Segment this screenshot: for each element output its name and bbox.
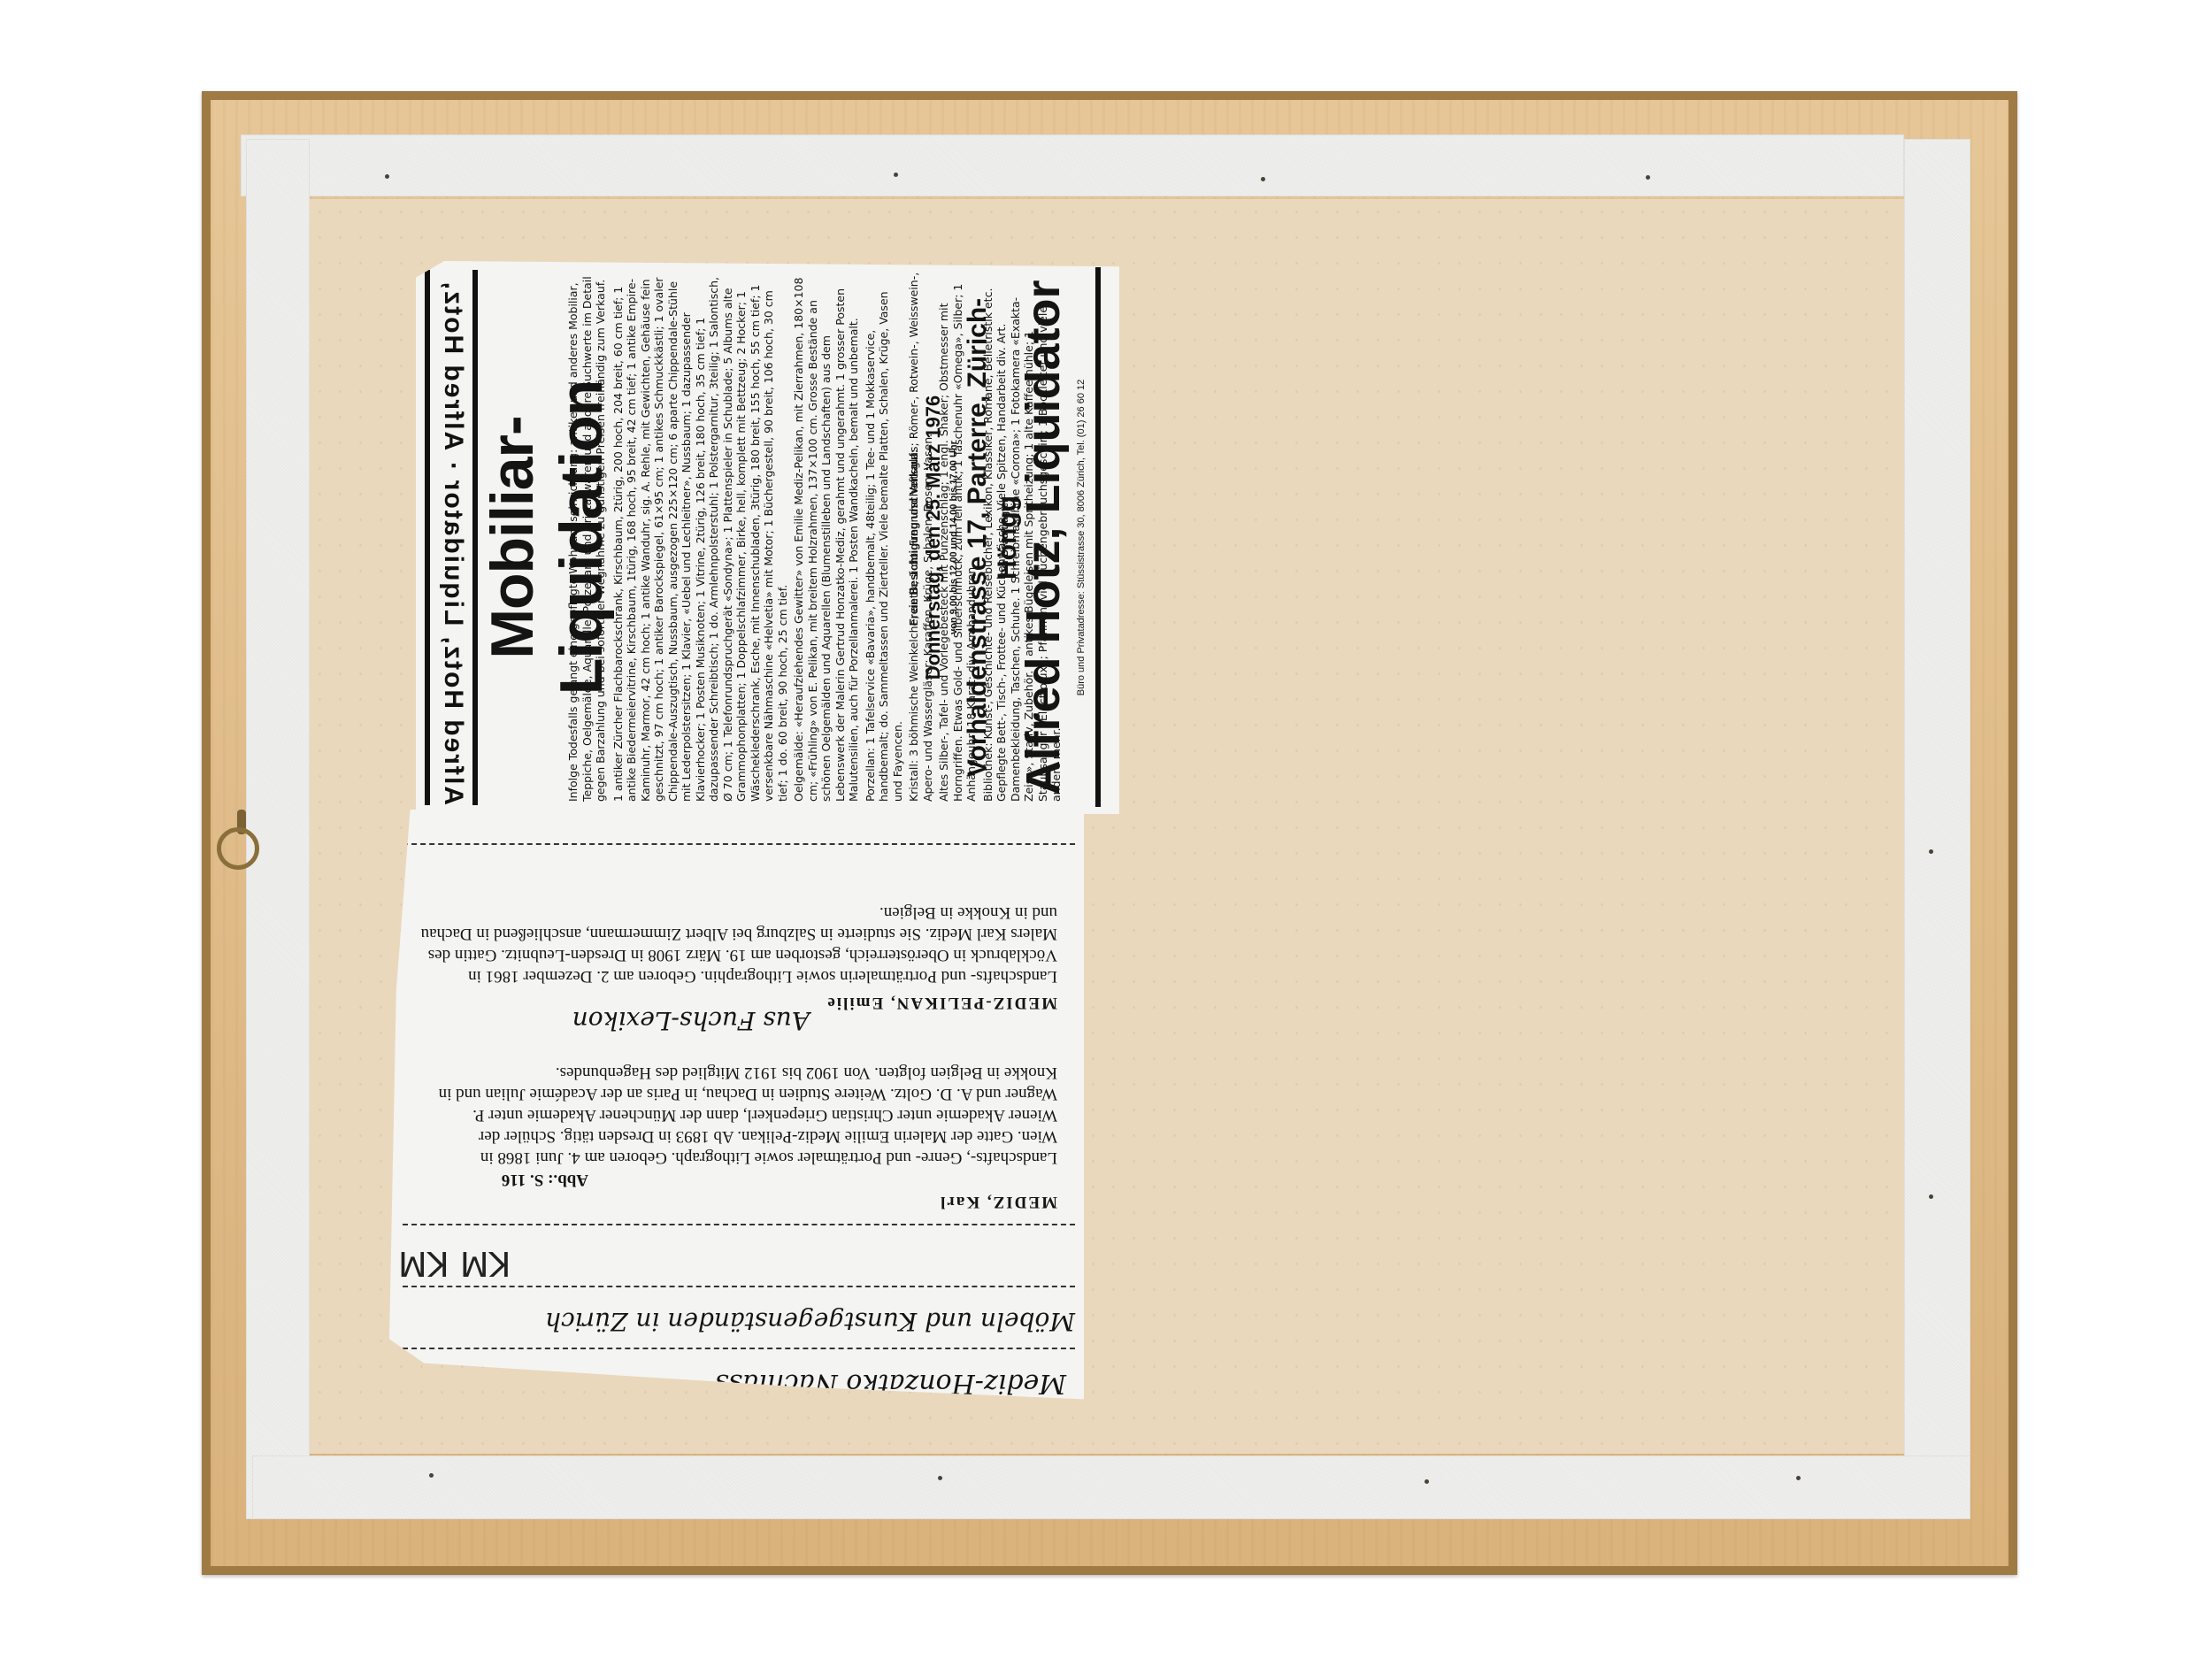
tape-top — [241, 134, 1904, 196]
header-strip: Alfred Hotz, Liquidator · Alfred Hotz, L… — [425, 270, 478, 805]
dashed-line — [403, 843, 1075, 845]
entry-name: MEDIZ, Karl — [939, 1191, 1057, 1212]
item-paragraph: Oelgemälde: «Heraufziehendes Gewitter» v… — [792, 271, 861, 802]
tack — [385, 174, 389, 179]
sale-hours: von 9.00 bis 12.00 und 14.00 bis 17.00 U… — [949, 261, 959, 814]
clipping-content-rotated: Alfred Hotz, Liquidator · Alfred Hotz, L… — [416, 261, 1119, 814]
km-initials: KM KM — [398, 1253, 511, 1274]
handwritten-note: Möbeln und Kunstgegenständen in Zürich — [394, 1310, 1075, 1332]
agent-label: Der Beauftragte: — [1000, 261, 1010, 814]
dashed-line — [403, 1224, 1075, 1225]
tack — [1796, 1476, 1801, 1480]
entry-text: Landschafts- und Porträtmalerin sowie Li… — [420, 902, 1057, 987]
tape-left — [246, 139, 310, 1519]
item-paragraph: Porzellan: 1 Tafelservice «Bavaria», han… — [864, 271, 905, 802]
office-address: Büro und Privatadresse: Stüssistrasse 30… — [1076, 261, 1087, 814]
tack — [1646, 175, 1650, 180]
tack — [1929, 849, 1933, 854]
tack — [894, 173, 898, 177]
tack — [1929, 1194, 1933, 1199]
tack — [1425, 1479, 1429, 1484]
handwritten-note: Aus Fuchs-Lexikon — [456, 1010, 810, 1031]
lexicon-content-rotated: Mediz-Honzatko Nachlass Möbeln und Kunst… — [389, 810, 1084, 1411]
newspaper-clipping-liquidation: Alfred Hotz, Liquidator · Alfred Hotz, L… — [416, 261, 1119, 814]
sale-address: Vorhaldenstrasse 17, Parterre, Zürich-Hö… — [963, 261, 1023, 814]
sale-date: Donnerstag, den 25. März 1976 — [922, 261, 945, 814]
tack — [1261, 177, 1265, 181]
entry-ref: Abb.: S. 116 — [502, 1169, 588, 1190]
tack — [429, 1473, 434, 1478]
entry-name: MEDIZ-PELIKAN, Emilie — [826, 992, 1057, 1013]
tape-right — [1904, 139, 1970, 1519]
entry-text: Landschafts-, Genre- und Porträtmaler so… — [438, 1062, 1057, 1168]
tape-bottom — [252, 1455, 1970, 1519]
dashed-line — [403, 1286, 1075, 1287]
item-paragraph: 1 antiker Zürcher Flachbarockschrank, Ki… — [611, 271, 790, 802]
lexicon-clipping-mediz: Mediz-Honzatko Nachlass Möbeln und Kunst… — [389, 810, 1084, 1411]
tack — [938, 1476, 942, 1480]
agent-name: Alfred Hotz, Liquidator — [1016, 261, 1071, 814]
intro-text: Infolge Todesfalls gelangt eine gepflegt… — [566, 271, 608, 802]
border-rule — [1095, 267, 1101, 807]
viewing-label: Freie Besichtigung und Verkauf: — [907, 261, 920, 814]
hanger-ring-icon[interactable] — [217, 827, 259, 870]
dashed-line — [403, 1348, 1075, 1349]
